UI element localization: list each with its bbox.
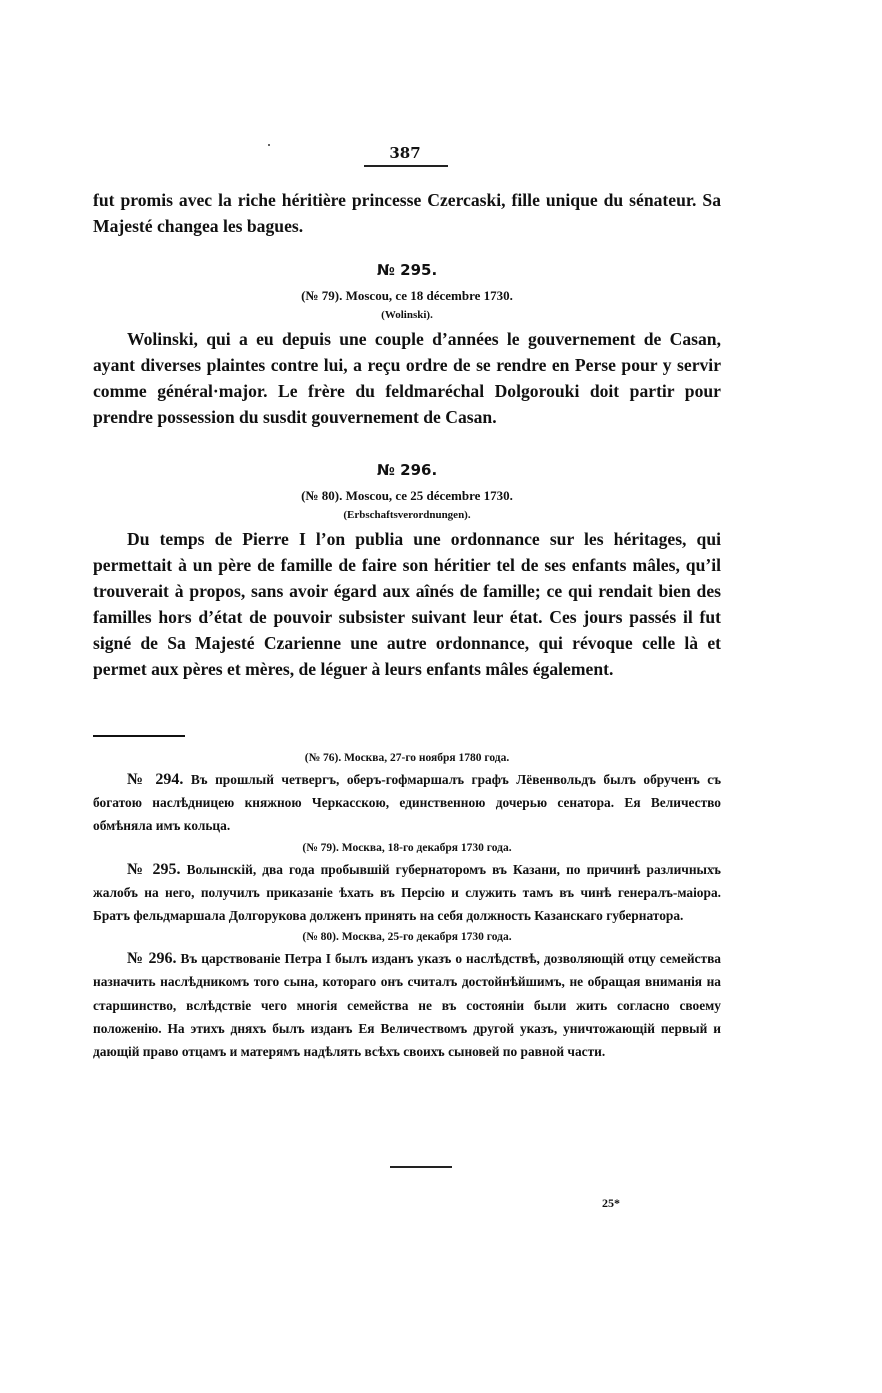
ru-entry-body: Въ царствованіе Петра I былъ изданъ указ… [93, 951, 721, 1059]
entry-dateline: (№ 79). Moscou, ce 18 décembre 1730. [93, 286, 721, 306]
header-rule [364, 165, 448, 167]
entry-body: Du temps de Pierre I l’on publia une ord… [93, 526, 721, 682]
ru-entry-number: № 294. [127, 771, 183, 788]
entry-number: № 295. [93, 260, 721, 280]
page-number: 387 [362, 144, 448, 162]
continuation-paragraph: fut promis avec la riche héritière princ… [93, 187, 721, 239]
ru-entry-296: № 296. Въ царствованіе Петра I былъ изда… [93, 947, 721, 1063]
entry-number: № 296. [93, 460, 721, 480]
french-entry-295: № 295. (№ 79). Moscou, ce 18 décembre 17… [93, 260, 721, 430]
ru-entry-number: № 295. [127, 861, 181, 878]
french-entry-296: № 296. (№ 80). Moscou, ce 25 décembre 17… [93, 460, 721, 682]
signature-mark: 25* [602, 1196, 620, 1211]
section-divider-rule [93, 735, 185, 737]
ru-entry-294: № 294. Въ прошлый четвергъ, оберъ-гофмар… [93, 768, 721, 838]
entry-body: Wolinski, qui a eu depuis une couple d’a… [93, 326, 721, 430]
ru-entry-body: Волынскій, два года пробывшій губернатор… [93, 862, 721, 923]
entry-subject: (Erbschaftsverordnungen). [93, 506, 721, 524]
entry-subject: (Wolinski). [93, 306, 721, 324]
ru-entry-number: № 296. [127, 950, 176, 967]
ru-entry-body: Въ прошлый четвергъ, оберъ-гофмаршалъ гр… [93, 772, 721, 833]
ru-dateline: (№ 80). Москва, 25-го декабря 1730 года. [93, 927, 721, 947]
ru-dateline: (№ 76). Москва, 27-го ноября 1780 года. [93, 748, 721, 768]
ru-dateline: (№ 79). Москва, 18-го декабря 1730 года. [93, 838, 721, 858]
entry-dateline: (№ 80). Moscou, ce 25 décembre 1730. [93, 486, 721, 506]
print-speck [268, 144, 270, 146]
ru-entry-295: № 295. Волынскій, два года пробывшій губ… [93, 858, 721, 928]
french-continuation: fut promis avec la riche héritière princ… [93, 187, 721, 239]
end-rule [390, 1166, 452, 1168]
russian-translation: (№ 76). Москва, 27-го ноября 1780 года. … [93, 748, 721, 1063]
